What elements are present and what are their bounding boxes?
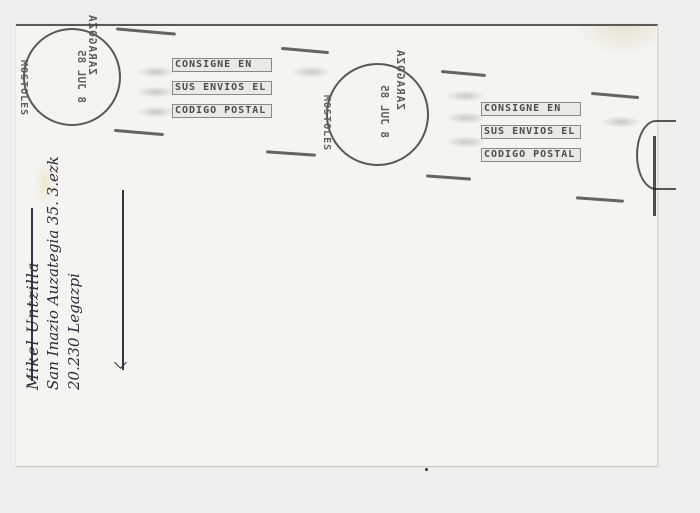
slogan-line: SUS ENVIOS EL (481, 125, 581, 139)
ink-smudge (136, 86, 176, 98)
cancel-bar (576, 196, 624, 202)
postmark-top-text: ZARAGOZA (394, 49, 407, 110)
ink-smudge (136, 66, 176, 78)
dust-speck (425, 468, 428, 471)
slogan-cancel: CONSIGNE EN SUS ENVIOS EL CODIGO POSTAL (172, 58, 272, 127)
postmark-left-text: MOSTOLES (18, 60, 29, 116)
cancel-bar (426, 174, 471, 180)
cancel-bar (441, 70, 486, 77)
corner-stain (576, 26, 656, 56)
edge-ink-mark (653, 136, 656, 216)
postmark-circle: MOSTOLES ZARAGOZA 8 JUL 85 (23, 28, 121, 126)
ink-smudge (446, 90, 486, 102)
sender-address: Mikel Untzilla San Inazio Auzategia 35. … (22, 156, 85, 390)
ink-smudge (291, 66, 331, 78)
cancel-bar (591, 92, 639, 99)
sender-name: Mikel Untzilla (22, 156, 43, 390)
postmark-date: 8 JUL 85 (75, 50, 88, 103)
ink-smudge (136, 106, 176, 118)
envelope-back: MOSTOLES ZARAGOZA 8 JUL 85 CONSIGNE EN S… (16, 24, 658, 467)
postmark-partial (636, 120, 676, 190)
slogan-line: CONSIGNE EN (481, 102, 581, 116)
scanned-envelope-scene: MOSTOLES ZARAGOZA 8 JUL 85 CONSIGNE EN S… (0, 0, 700, 513)
slogan-line: CODIGO POSTAL (172, 104, 272, 118)
cancel-bar (116, 27, 176, 35)
slogan-cancel: CONSIGNE EN SUS ENVIOS EL CODIGO POSTAL (481, 102, 581, 171)
arrow-line (122, 190, 124, 370)
sender-street: San Inazio Auzategia 35. 3.ezk (43, 156, 64, 390)
ink-smudge (601, 116, 641, 128)
cancel-bar (114, 129, 164, 136)
cancel-bar (281, 47, 329, 54)
slogan-line: CONSIGNE EN (172, 58, 272, 72)
postmark-date: 8 JUL 85 (378, 85, 391, 138)
postmark-circle: MOSTOLES ZARAGOZA 8 JUL 85 (326, 63, 429, 166)
slogan-line: SUS ENVIOS EL (172, 81, 272, 95)
slogan-line: CODIGO POSTAL (481, 148, 581, 162)
postmark-left-text: MOSTOLES (321, 95, 332, 151)
ink-smudge (446, 112, 486, 124)
ink-smudge (446, 136, 486, 148)
sender-city: 20.230 Legazpi (64, 156, 85, 390)
cancel-bar (266, 150, 316, 156)
